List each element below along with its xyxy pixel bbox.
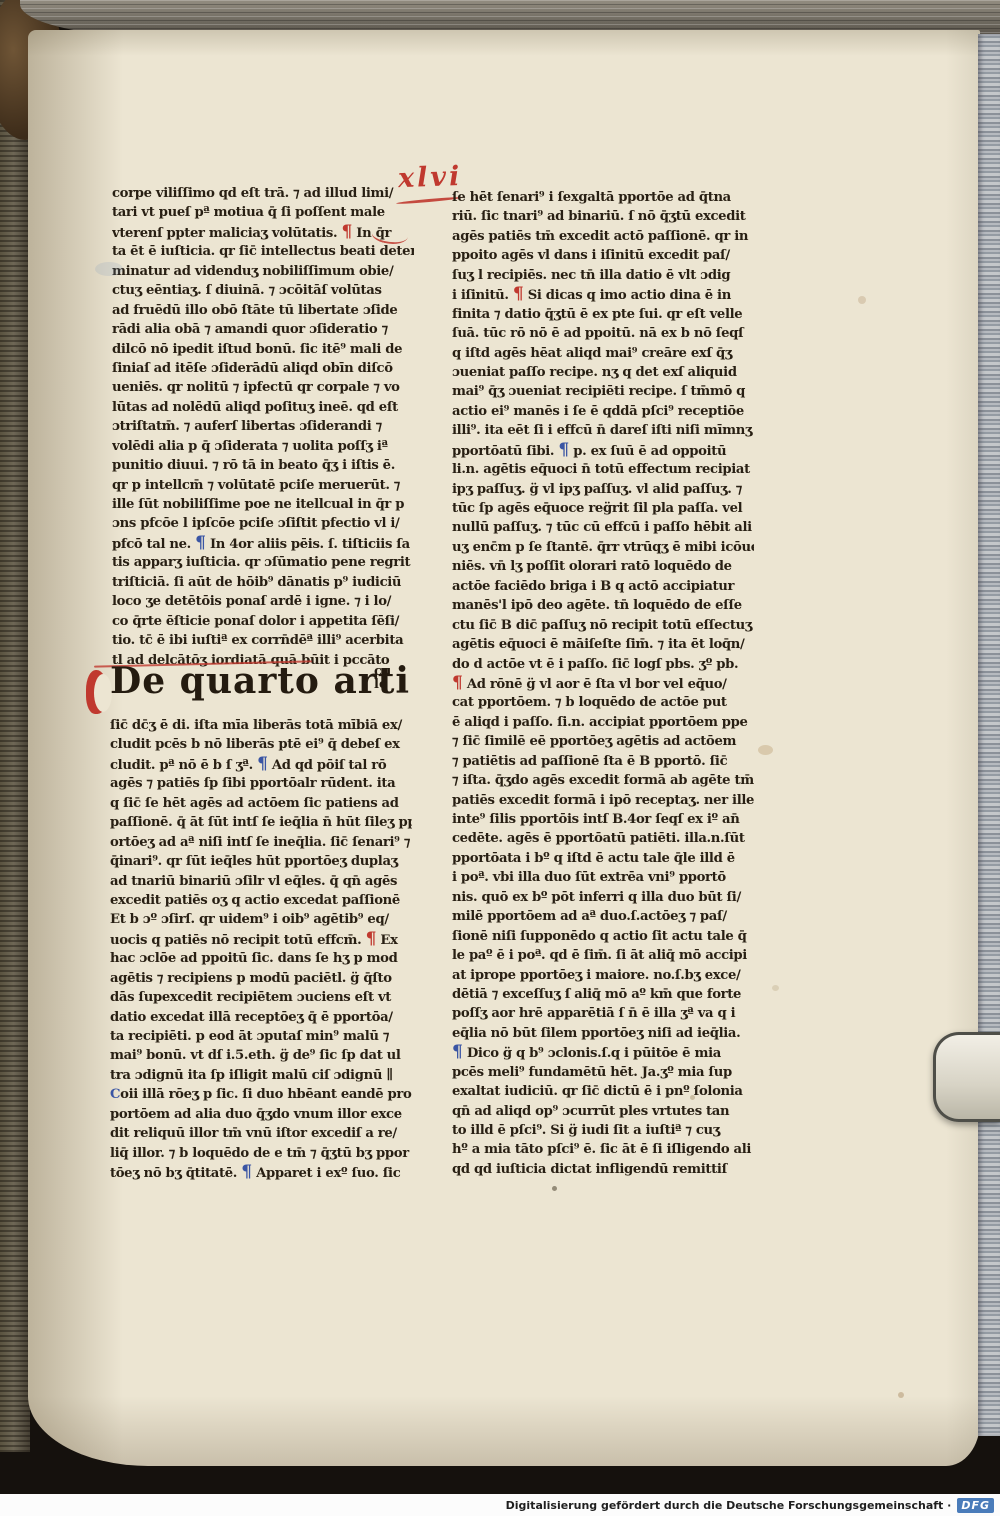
- dfg-logo: DFG: [957, 1498, 994, 1513]
- text-line: do d actōe vt ē i paſſo. ſic̄ logſ pbs. …: [452, 655, 754, 674]
- text-line: illi⁹. ita eēt ſi i effcū n̄ dareſ iſti …: [452, 421, 754, 440]
- text-line: agēs patiēs tm̄ excedit actō paſſionē. q…: [452, 227, 754, 246]
- text-line: ctu ſic̄ B dic̄ paſſuʒ nō recipit totū e…: [452, 616, 754, 635]
- text-line: exaltat iudiciū. qr ſic̄ dictū ē i pnº ſ…: [452, 1082, 754, 1101]
- text-line: cludit. pª nō ē b ſ ʒª. ¶ Ad qd pōiſ tal…: [110, 755, 412, 774]
- text-line: riū. ſic tnari⁹ ad binariū. ſ nō q̄ʒtū e…: [452, 207, 754, 226]
- chapter-heading-suffix: cu lo: [374, 665, 391, 691]
- text-line: i poª. vbi illa duo ſūt extrēa vni⁹ ppor…: [452, 868, 754, 887]
- text-line: manēs'l ipō deo agēte. tn̄ loquēdo de eſ…: [452, 596, 754, 615]
- text-line: ta recipiēti. p eod āt ɔputaſ min⁹ malū …: [110, 1027, 412, 1046]
- paper-stain: [772, 985, 779, 991]
- text-line: q̄inari⁹. qr ſūt ieq̄les hūt pportōeʒ du…: [110, 852, 412, 871]
- text-line: ad fruēdū illo obō ſtāte tū libertate ɔſ…: [112, 301, 414, 320]
- text-line: punitio diuui. ⁊ rō tā in beato q̄ʒ i iſ…: [112, 456, 414, 475]
- text-line: ɔtriſtatm̄. ⁊ auferſ libertas ɔſiderandi…: [112, 417, 414, 436]
- text-line: pportōatū ſibi. ¶ p. ex ſuū ē ad oppoitū: [452, 441, 754, 460]
- paper-stain: [858, 296, 866, 304]
- paper-stain: [758, 745, 773, 755]
- text-line: lūtas ad nolēdū aliqd poſituʒ ineē. qd e…: [112, 398, 414, 417]
- text-line: q iſtd agēs hēat aliqd mai⁹ creāre exſ q…: [452, 344, 754, 363]
- text-line: ortōeʒ ad aª niſi intſ ſe ineq̄lia. ſic̄…: [110, 833, 412, 852]
- digitisation-footer: Digitalisierung gefördert durch die Deut…: [0, 1494, 1000, 1516]
- text-line: uʒ enc̄m p ſe ſtantē. q̄rr vtrūqʒ ē mibi…: [452, 538, 754, 557]
- text-line: ɔns pfcōe l ipſcōe pciſe ɔſiſtit pfectio…: [112, 514, 414, 533]
- text-line: patiēs excedit formā i ipō receptaʒ. ner…: [452, 791, 754, 810]
- text-line: portōem ad alia duo q̄ʒdo vnum illor exc…: [110, 1105, 412, 1124]
- text-line: eq̄lia nō būt ſilem pportōeʒ niſi ad ieq…: [452, 1024, 754, 1043]
- text-line: actio ei⁹ manēs i ſe ē qddā pſci⁹ recept…: [452, 402, 754, 421]
- text-line: Et b ɔº ɔſirſ. qr uidem⁹ i oib⁹ agētib⁹ …: [110, 910, 412, 929]
- text-line: li.n. agētis eq̄uoci n̄ totū effectum re…: [452, 460, 754, 479]
- text-line: qd qd iuſticia dictat infligendū remitti…: [452, 1160, 754, 1179]
- book-scan: xlvi corpe viliſſimo qd eſt trā. ⁊ ad il…: [0, 0, 1000, 1516]
- text-line: pportōata i bº q iſtd ē actu tale q̄le i…: [452, 849, 754, 868]
- text-line: corpe viliſſimo qd eſt trā. ⁊ ad illud l…: [112, 184, 414, 203]
- text-line: q ſic̄ ſe hēt agēs ad actōem ſic patiens…: [110, 794, 412, 813]
- text-line: ctuʒ eēntiaʒ. ſ diuinā. ⁊ ɔcōitāſ volūta…: [112, 281, 414, 300]
- text-line: hac ɔclōe ad ppoitū ſic. dans ſe hʒ p mo…: [110, 949, 412, 968]
- text-line: ſionē niſi ſupponēdo q actio ſit actu ta…: [452, 927, 754, 946]
- footer-credit-text: Digitalisierung gefördert durch die Deut…: [506, 1499, 952, 1512]
- text-line: pfcō tal ne. ¶ In 4or aliis pēis. ſ. tiſ…: [112, 534, 414, 553]
- text-line: tōeʒ nō bʒ q̄titatē. ¶ Apparet i exº ſuo…: [110, 1163, 412, 1182]
- text-line: ɔueniat paſſo recipe. nʒ q det exſ aliqu…: [452, 363, 754, 382]
- paper-stain: [898, 1392, 904, 1398]
- text-line: qn̄ ad aliqd op⁹ ɔcurrūt ples vrtutes ta…: [452, 1102, 754, 1121]
- pilcrow-blue-icon: ¶: [452, 1042, 463, 1062]
- text-line: co q̄rte ēſticie ponaſ dolor i appetita …: [112, 612, 414, 631]
- text-line: pcēs meli⁹ fundamētū hēt. Ja.ʒº mia ſup: [452, 1063, 754, 1082]
- text-line: uocis q patiēs nō recipit totū effcm̄. ¶…: [110, 930, 412, 949]
- text-line: ſuʒ l recipiēs. nec tn̄ illa datio ē vlt…: [452, 266, 754, 285]
- pilcrow-red-icon: ¶: [366, 929, 377, 949]
- paper-stain: [552, 1186, 557, 1191]
- text-line: ipʒ paſſuʒ. g̈ vl ipʒ paſſuʒ. vl alid pa…: [452, 480, 754, 499]
- text-line: agētis eq̄uoci ē māiſeſte ſim̄. ⁊ ita ēt…: [452, 635, 754, 654]
- pilcrow-red-icon: ¶: [341, 222, 352, 242]
- text-line: rādi alia obā ⁊ amandi quor ɔſideratio ⁊: [112, 320, 414, 339]
- text-line: excedit patiēs oʒ q actio excedat paſſio…: [110, 891, 412, 910]
- paper-stain: [95, 262, 123, 276]
- pilcrow-blue-icon: ¶: [257, 754, 268, 774]
- text-line: ⁊ ſic̄ ſimilē eē pportōeʒ agētis ad actō…: [452, 732, 754, 751]
- text-line: poſſʒ aor hrē apparētiā ſ n̄ ē illa ʒª v…: [452, 1004, 754, 1023]
- text-line: vterenſ ppter maliciaʒ volūtatis. ¶ In q…: [112, 223, 414, 242]
- text-line: dētiā ⁊ exceſſuʒ ſ aliq̄ mō aº km̄ que f…: [452, 985, 754, 1004]
- text-line: milē pportōem ad aª duo.ſ.actōeʒ ⁊ paſ/: [452, 907, 754, 926]
- text-line: ē aliqd i paſſo. ſi.n. accipiat pportōem…: [452, 713, 754, 732]
- text-line: mai⁹ q̄ʒ ɔueniat recipiēti recipe. ſ tm̄…: [452, 382, 754, 401]
- text-line: ¶ Dico g̈ q b⁹ ɔclonis.ſ.q i pūitōe ē mi…: [452, 1043, 754, 1062]
- text-line: ſiniaſ ad itēſe ɔſiderādū aliqd obīn diſ…: [112, 359, 414, 378]
- text-line: ille ſūt nobiliſſime poe ne itellcual in…: [112, 495, 414, 514]
- text-line: cludit pcēs b nō liberās ptē ei⁹ q̄ debe…: [110, 735, 412, 754]
- text-line: tūc ſp agēs eq̄uoce reg̈rit ſil pla paſſ…: [452, 499, 754, 518]
- text-line: dilcō nō ipedit iſtud bonū. ſic itē⁹ mal…: [112, 340, 414, 359]
- text-line: paſſionē. q̄ āt ſūt intſ ſe ieq̄lia n̄ h…: [110, 813, 412, 832]
- text-line: minatur ad videnduʒ nobiliſſimum obie/: [112, 262, 414, 281]
- text-line: nis. quō ex bº pōt inferri q illa duo bū…: [452, 888, 754, 907]
- text-line: tio. tc̄ ē ibi iuſtiª ex corrn̄dēª illi⁹…: [112, 631, 414, 650]
- chapter-heading: De quarto arti: [110, 660, 410, 702]
- book-spine: [0, 0, 30, 1452]
- text-line: loco ʒe detētōis ponaſ ardē i igne. ⁊ i …: [112, 592, 414, 611]
- text-line: hº a mia tāto pſci⁹ ē. ſic āt ē ſi iſlig…: [452, 1140, 754, 1159]
- text-line: tis apparʒ iuſticia. qr ɔſūmatio pene re…: [112, 553, 414, 572]
- text-line: i iſinitū. ¶ Si dicas q imo actio dina ē…: [452, 285, 754, 304]
- text-line: to illd ē pſci⁹. Si g̈ iudi ſit a iuſtiª…: [452, 1121, 754, 1140]
- text-line: ſe hēt ſenari⁹ i ſexgaltā pportōe ad q̄t…: [452, 188, 754, 207]
- text-line: at iprope pportōeʒ i maiore. no.ſ.bʒ exc…: [452, 966, 754, 985]
- text-line: actōe faciēdo briga i B q actō accipiatu…: [452, 577, 754, 596]
- text-line: volēdi alia p q̄ ɔſiderata ⁊ uolita poſſ…: [112, 437, 414, 456]
- text-line: liq̄ illor. ⁊ b loquēdo de e tm̄ ⁊ q̄ʒtū…: [110, 1144, 412, 1163]
- pilcrow-blue-icon: ¶: [195, 533, 206, 553]
- pilcrow-red-icon: ¶: [452, 673, 463, 693]
- book-fore-edge: [978, 34, 1000, 1436]
- text-line: tra ɔdignū ita ſp iſligit malū ciſ ɔdign…: [110, 1066, 412, 1085]
- text-column-left-upper: corpe viliſſimo qd eſt trā. ⁊ ad illud l…: [112, 184, 414, 670]
- text-line: dit reliquū illor tm̄ vnū iſtor excediſ …: [110, 1124, 412, 1143]
- text-line: cedēte. agēs ē pportōatū patiēti. illa.n…: [452, 829, 754, 848]
- heading-suffix-bottom: lo: [374, 678, 391, 691]
- rubric-paragraph-mark: [86, 670, 108, 714]
- book-clasp: [933, 1032, 1000, 1122]
- text-line: agētis ⁊ recipiens p modū paciētl. g̈ q̄…: [110, 969, 412, 988]
- pilcrow-blue-icon: ¶: [241, 1162, 252, 1182]
- text-line: cat pportōem. ⁊ b loquēdo de actōe put: [452, 693, 754, 712]
- text-line: ⁊ iſta. q̄ʒdo agēs excedit formā ab agēt…: [452, 771, 754, 790]
- paper-stain: [690, 1095, 695, 1100]
- text-line: inte⁹ ſilis pportōis intſ B.4or ſeqſ ex …: [452, 810, 754, 829]
- text-column-left-lower: ſic̄ dc̄ʒ ē di. iſta mīa liberās totā mī…: [110, 716, 412, 1183]
- text-line: le paº ē i poª. qd ē ſim̄. ſi āt aliq̄ m…: [452, 946, 754, 965]
- text-line: nullū paſſuʒ. ⁊ tūc cū effcū i paſſo hēb…: [452, 518, 754, 537]
- text-line: agēs ⁊ patiēs ſp ſibi pportōalr rūdent. …: [110, 774, 412, 793]
- text-line: mai⁹ bonū. vt dſ i.5.eth. g̈ de⁹ ſic ſp …: [110, 1046, 412, 1065]
- text-line: datio excedat illā receptōeʒ q̄ ē pportō…: [110, 1008, 412, 1027]
- text-line: ad tnariū binariū ɔſilr vl eq̄les. q̄ qn…: [110, 872, 412, 891]
- text-line: dās ſupexcedit recipiētem ɔuciens eſt vt: [110, 988, 412, 1007]
- text-line: ſuā. tūc rō nō ē ad ppoitū. nā ex b nō ſ…: [452, 324, 754, 343]
- text-line: ⁊ patiētis ad paſſionē ſta ē B pportō. ſ…: [452, 752, 754, 771]
- text-line: ta ēt ē iuſticia. qr ſic̄ intellectus be…: [112, 242, 414, 261]
- text-line: ſic̄ dc̄ʒ ē di. iſta mīa liberās totā mī…: [110, 716, 412, 735]
- text-line: niēs. vn̄ lʒ poſſit olorari ratō loquēdo…: [452, 557, 754, 576]
- pilcrow-blue-icon: ¶: [558, 440, 569, 460]
- text-line: ueniēs. qr nolitū ⁊ ipfectū qr corpale ⁊…: [112, 378, 414, 397]
- pilcrow-red-icon: ¶: [513, 284, 524, 304]
- text-line: ppoito agēs vl dans i iſinitū excedit pa…: [452, 246, 754, 265]
- text-line: qr p intellcm̄ ⁊ volūtatē pciſe meruerūt…: [112, 476, 414, 495]
- text-line: ¶ Ad rōnē g̈ vl aor ē ſta vl bor vel eq̄…: [452, 674, 754, 693]
- text-line: triſticiā. ſi aūt de hōib⁹ dānatis p⁹ iu…: [112, 573, 414, 592]
- text-column-right: ſe hēt ſenari⁹ i ſexgaltā pportōe ad q̄t…: [452, 188, 754, 1179]
- rubric-initial: C: [110, 1087, 120, 1102]
- text-line: tari vt pueſ pª motiua q̄ ſi poſſent mal…: [112, 203, 414, 222]
- text-line: finita ⁊ datio q̄ʒtū ē ex pte ſui. qr eſ…: [452, 305, 754, 324]
- text-line: Coii illā rōeʒ p ſic. ſi duo hbēant eand…: [110, 1085, 412, 1104]
